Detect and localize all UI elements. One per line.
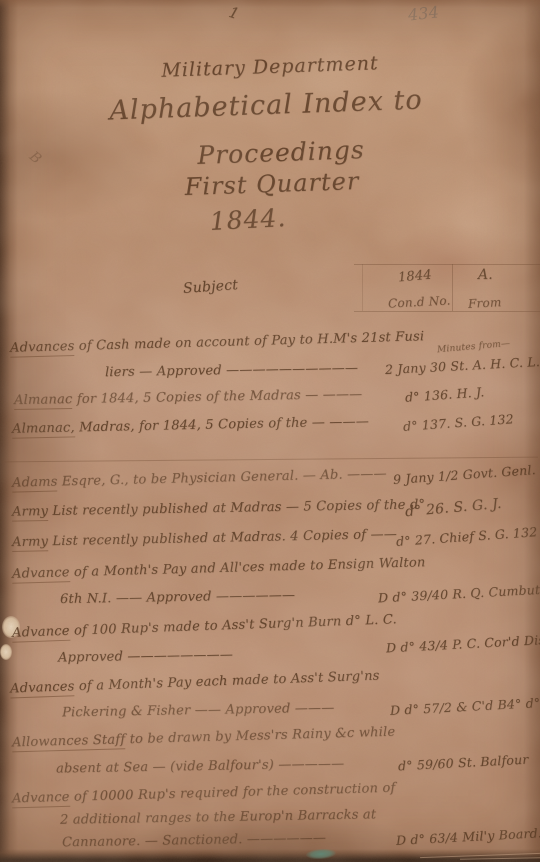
entry-subject-line: Advance of a Month's Pay and All'ces mad… <box>12 556 426 581</box>
entry-subject-line: 6th N.I. —— Approved —————— <box>60 589 295 606</box>
entry-tail: of 10000 Rup's required for the construc… <box>69 781 395 805</box>
entry-tail: of Cash made on account of Pay to H.M's … <box>74 329 424 354</box>
entry-head: Almanac <box>14 392 73 410</box>
header-rule-bottom <box>354 311 540 312</box>
entry-head: Army <box>12 504 48 522</box>
page-right-edge <box>524 0 540 862</box>
entry-subject-line: Approved ———————— <box>58 648 233 664</box>
section-divider-rule <box>2 457 538 463</box>
entry-head: Advance <box>12 624 70 643</box>
entry-tail: to be drawn by Mess'rs Rainy &c while <box>125 725 395 748</box>
entry-ref: D d° 43/4 P. C. Cor'd Dist. <box>386 634 540 655</box>
entry-subject-line: Pickering & Fisher —— Approved ——— <box>62 702 335 720</box>
entry-tail: List recently published at Madras — 5 Co… <box>48 497 425 519</box>
column-header-letter: A. <box>478 268 493 282</box>
column-header-subject: Subject <box>183 278 239 296</box>
entry-ref: 2 Jany 30 St. A. H. C. L. <box>385 356 540 377</box>
entry-ref: D d° 63/4 Mil'y Board. <box>396 827 540 847</box>
entry-tail: of a Month's Pay each made to Ass't Surg… <box>74 669 380 695</box>
entry-subject-line: Advances of Cash made on account of Pay … <box>10 330 425 355</box>
column-header-consultation: Con.d No. <box>388 294 451 309</box>
entry-head: Adams <box>12 474 58 492</box>
entry-head: Advances <box>10 679 75 698</box>
entry-subject-line: 2 additional ranges to the Europ'n Barra… <box>60 808 376 827</box>
entry-subject-line: Army List recently published at Madras. … <box>12 528 397 549</box>
header-rule-mid <box>452 264 453 311</box>
entry-ref: D d° 57/2 & C'd B4° d° <box>390 697 540 717</box>
entry-subject-line: Advances of a Month's Pay each made to A… <box>10 670 380 696</box>
manuscript-page: 1 434 B Military Department Alphabetical… <box>0 0 540 862</box>
entry-tail: Madras, for 1844, 5 Copies of the — ——— <box>75 414 369 435</box>
pencil-mark: 434 <box>407 4 440 23</box>
title-year: 1844. <box>209 205 287 234</box>
header-rule-left <box>362 264 363 311</box>
entry-ref: d° 136. H. J. <box>405 386 485 404</box>
entry-subject-line: Almanac for 1844, 5 Copies of the Madras… <box>14 388 363 407</box>
entry-tail: of 100 Rup's made to Ass't Surg'n Burn d… <box>69 612 397 638</box>
entry-subject-line: liers — Approved —————————— <box>105 362 358 379</box>
entry-head: Advance <box>12 565 70 584</box>
entry-subject-line: Allowances Staff to be drawn by Mess'rs … <box>12 726 396 750</box>
entry-ref: d° 137. S. G. 132 <box>403 413 514 433</box>
entry-ref: d° 59/60 St. Balfour <box>398 754 529 773</box>
entry-head: Almanac, <box>12 420 75 438</box>
entry-head: Army <box>12 534 48 552</box>
entry-ref: d° 27. Chief S. G. 132 <box>396 526 538 548</box>
entry-tail: Esqre, G., to be Physician General. — Ab… <box>57 466 387 489</box>
entry-tail: of a Month's Pay and All'ces made to Ens… <box>69 555 425 580</box>
entry-head: Advances <box>10 339 75 358</box>
entry-subject-line: Cannanore. — Sanctioned. —————— <box>62 832 326 850</box>
entry-subject-line: Advance of 100 Rup's made to Ass't Surg'… <box>12 613 397 639</box>
entry-subject-line: absent at Sea — (vide Balfour's) ————— <box>56 757 345 775</box>
entry-ref: D d° 39/40 R. Q. Cumbut. <box>378 584 540 605</box>
ink-smudge: B <box>26 149 44 168</box>
entry-head: Allowances Staff <box>12 732 126 752</box>
title-index: Alphabetical Index to <box>109 87 423 125</box>
entry-subject-line: Army List recently published at Madras —… <box>12 498 425 518</box>
title-department: Military Department <box>161 54 379 81</box>
entry-head: Advance <box>12 790 70 809</box>
column-header-from: From <box>468 296 502 310</box>
paper-chip <box>0 644 12 660</box>
entry-ref: 9 Jany 1/2 Govt. Genl. <box>393 464 536 486</box>
page-top-edge <box>0 0 540 8</box>
title-quarter: First Quarter <box>184 169 359 199</box>
header-rule-top <box>354 264 540 265</box>
entry-subject-line: Almanac, Madras, for 1844, 5 Copies of t… <box>12 415 369 435</box>
title-proceedings: Proceedings <box>197 137 365 168</box>
entry-subject-line: Adams Esqre, G., to be Physician General… <box>12 467 387 489</box>
column-header-year: 1844 <box>397 269 432 285</box>
entry-subject-line: Advance of 10000 Rup's required for the … <box>12 782 396 806</box>
entry-tail: List recently published at Madras. 4 Cop… <box>48 527 397 549</box>
entry-note: Minutes from— <box>437 340 511 355</box>
entry-tail: for 1844, 5 Copies of the Madras — ——— <box>72 387 362 407</box>
